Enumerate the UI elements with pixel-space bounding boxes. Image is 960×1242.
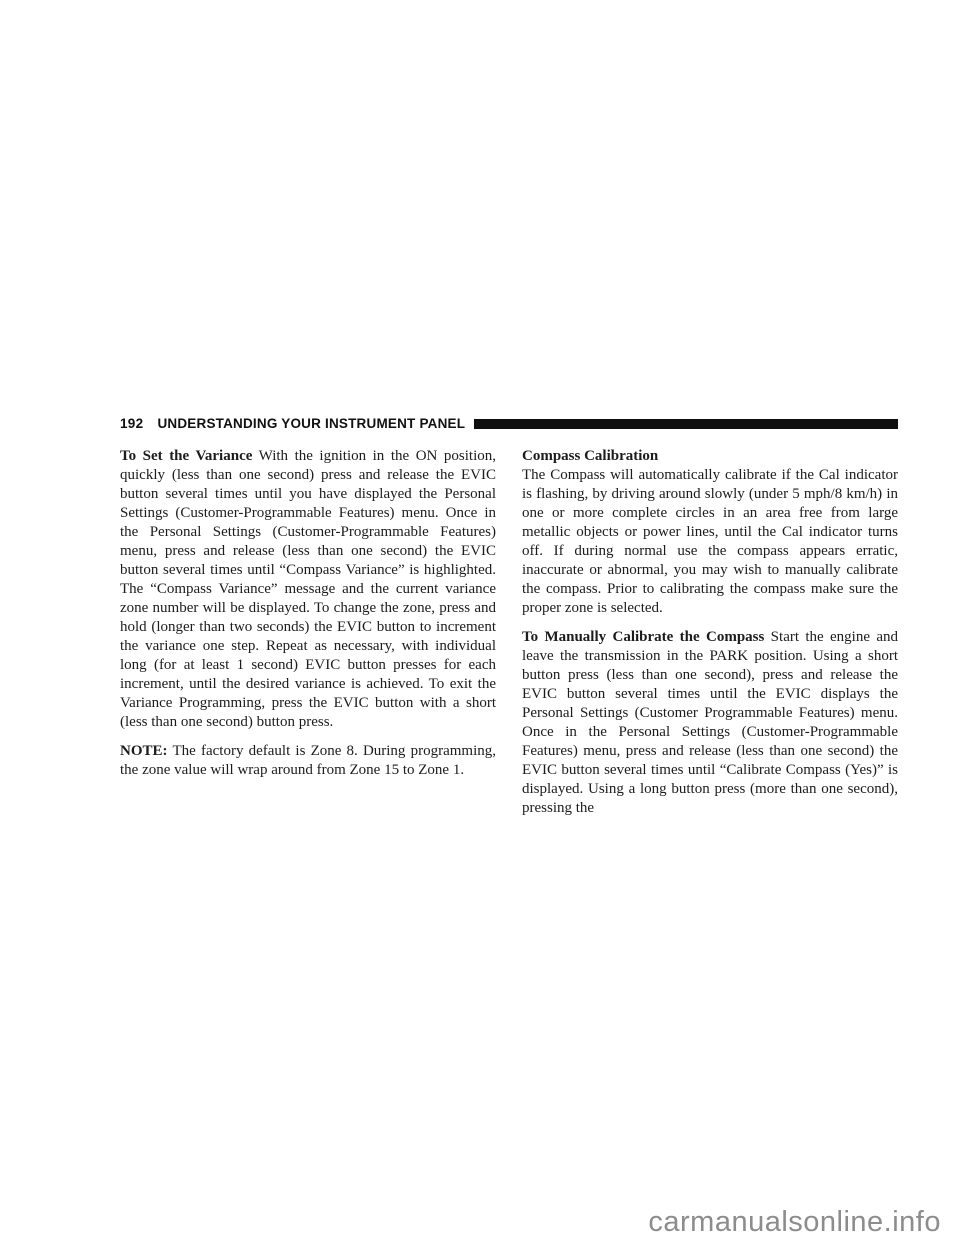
right-column: Compass Calibration The Compass will aut…	[522, 447, 898, 818]
heading-compass-calibration: Compass Calibration	[522, 447, 898, 466]
set-variance-lead: To Set the Variance	[120, 448, 252, 464]
paragraph-manual-calibrate: To Manually Calibrate the Compass Start …	[522, 628, 898, 818]
watermark: carmanualsonline.info	[648, 1206, 941, 1239]
paragraph-note: NOTE:The factory default is Zone 8. Duri…	[120, 742, 496, 780]
page-number: 192	[120, 416, 143, 431]
set-variance-text: With the ignition in the ON position, qu…	[120, 448, 496, 730]
paragraph-compass-calibration: The Compass will automatically calibrate…	[522, 466, 898, 618]
two-column-text: To Set the Variance With the ignition in…	[120, 447, 898, 818]
manual-calibrate-lead: To Manually Calibrate the Compass	[522, 629, 764, 645]
paragraph-set-variance: To Set the Variance With the ignition in…	[120, 447, 496, 732]
note-lead: NOTE:	[120, 743, 168, 759]
manual-calibrate-text: Start the engine and leave the transmiss…	[522, 629, 898, 816]
note-text: The factory default is Zone 8. During pr…	[120, 743, 496, 778]
chapter-title: UNDERSTANDING YOUR INSTRUMENT PANEL	[157, 416, 465, 431]
page-header: 192 UNDERSTANDING YOUR INSTRUMENT PANEL	[120, 416, 898, 431]
left-column: To Set the Variance With the ignition in…	[120, 447, 496, 818]
manual-page: 192 UNDERSTANDING YOUR INSTRUMENT PANEL …	[120, 416, 898, 818]
header-rule-bar	[474, 419, 898, 429]
